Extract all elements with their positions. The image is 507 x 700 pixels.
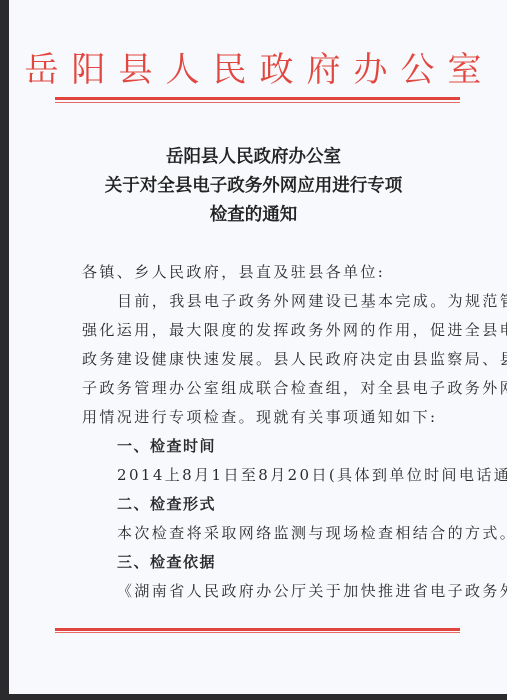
footer-rule-thick — [55, 628, 460, 631]
footer-rule-thin — [55, 632, 460, 633]
letterhead-org-name: 岳阳县人民政府办公室 — [0, 48, 507, 92]
title-line-1: 岳阳县人民政府办公室 — [0, 143, 507, 172]
intro-line-5: 用情况进行专项检查。现就有关事项通知如下: — [82, 403, 438, 432]
salutation: 各镇、乡人民政府，县直及驻县各单位: — [82, 258, 438, 287]
title-line-3: 检查的通知 — [0, 201, 507, 230]
intro-line-4: 子政务管理办公室组成联合检查组，对全县电子政务外网使 — [82, 374, 438, 403]
intro-line-3: 政务建设健康快速发展。县人民政府决定由县监察局、县电 — [82, 345, 438, 374]
section-text-basis: 《湖南省人民政府办公厅关于加快推进省电子政务外网 — [82, 577, 438, 606]
letterhead-rule-thin — [55, 102, 460, 103]
letterhead-rule-thick — [55, 97, 460, 100]
title-line-2: 关于对全县电子政务外网应用进行专项 — [0, 172, 507, 201]
document-body: 各镇、乡人民政府，县直及驻县各单位: 目前，我县电子政务外网建设已基本完成。为规… — [82, 258, 438, 606]
section-text-time: 2014上8月1日至8月20日(具体到单位时间电话通知)。 — [82, 461, 438, 490]
section-heading-basis: 三、检查依据 — [82, 548, 438, 577]
document-title: 岳阳县人民政府办公室 关于对全县电子政务外网应用进行专项 检查的通知 — [0, 143, 507, 230]
section-heading-form: 二、检查形式 — [82, 490, 438, 519]
intro-line-2: 强化运用，最大限度的发挥政务外网的作用，促进全县电子 — [82, 316, 438, 345]
section-heading-time: 一、检查时间 — [82, 432, 438, 461]
intro-line-1: 目前，我县电子政务外网建设已基本完成。为规范管理， — [82, 287, 438, 316]
section-text-form: 本次检查将采取网络监测与现场检查相结合的方式。 — [82, 519, 438, 548]
